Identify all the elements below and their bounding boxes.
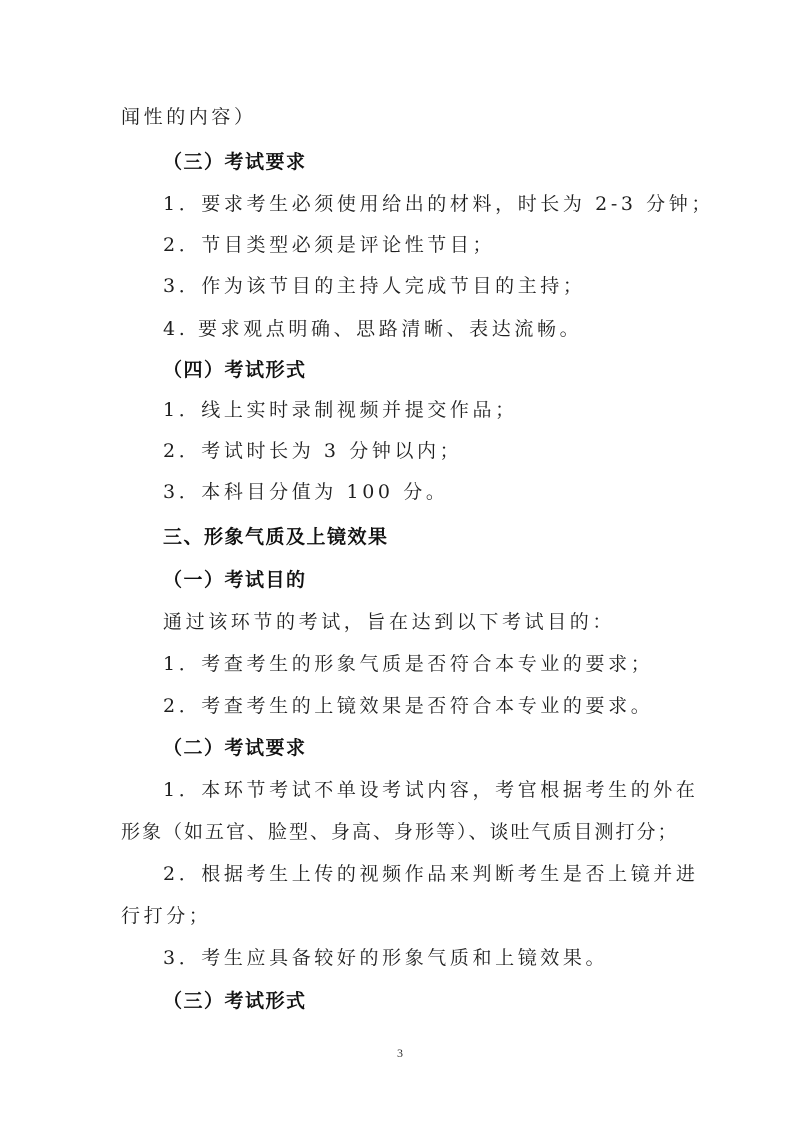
paragraph-line: 行打分； (121, 904, 211, 928)
paragraph-line: 闻性的内容） (121, 105, 257, 129)
paragraph-line: 3．考生应具备较好的形象气质和上镜效果。 (163, 946, 608, 970)
page-number: 3 (0, 1046, 800, 1061)
paragraph-line: 2．根据考生上传的视频作品来判断考生是否上镜并进 (163, 862, 699, 886)
paragraph-line: 2．节目类型必须是评论性节目； (163, 233, 495, 257)
paragraph-line: 1．线上实时录制视频并提交作品； (163, 398, 518, 422)
paragraph-line: 3．作为该节目的主持人完成节目的主持； (163, 274, 586, 298)
section-heading: 三、形象气质及上镜效果 (163, 525, 389, 549)
section-heading: （一）考试目的 (163, 568, 307, 592)
paragraph-line: 1．要求考生必须使用给出的材料，时长为 2-3 分钟； (163, 192, 714, 216)
section-heading: （三）考试要求 (163, 150, 307, 174)
paragraph-line: 4. 要求观点明确、思路清晰、表达流畅。 (163, 317, 582, 341)
section-heading: （四）考试形式 (163, 358, 307, 382)
paragraph-line: 形象（如五官、脸型、身高、身形等）、谈吐气质目测打分； (121, 820, 679, 844)
section-heading: （三）考试形式 (163, 989, 307, 1013)
paragraph-line: 1．本环节考试不单设考试内容，考官根据考生的外在 (163, 778, 699, 802)
paragraph-line: 2．考查考生的上镜效果是否符合本专业的要求。 (163, 694, 653, 718)
paragraph-line: 1．考查考生的形象气质是否符合本专业的要求； (163, 652, 653, 676)
section-heading: （二）考试要求 (163, 736, 307, 760)
document-page: 闻性的内容）（三）考试要求1．要求考生必须使用给出的材料，时长为 2-3 分钟；… (0, 0, 800, 1131)
paragraph-line: 通过该环节的考试，旨在达到以下考试目的： (163, 610, 615, 634)
paragraph-line: 2．考试时长为 3 分钟以内； (163, 439, 462, 463)
paragraph-line: 3．本科目分值为 100 分。 (163, 480, 448, 504)
